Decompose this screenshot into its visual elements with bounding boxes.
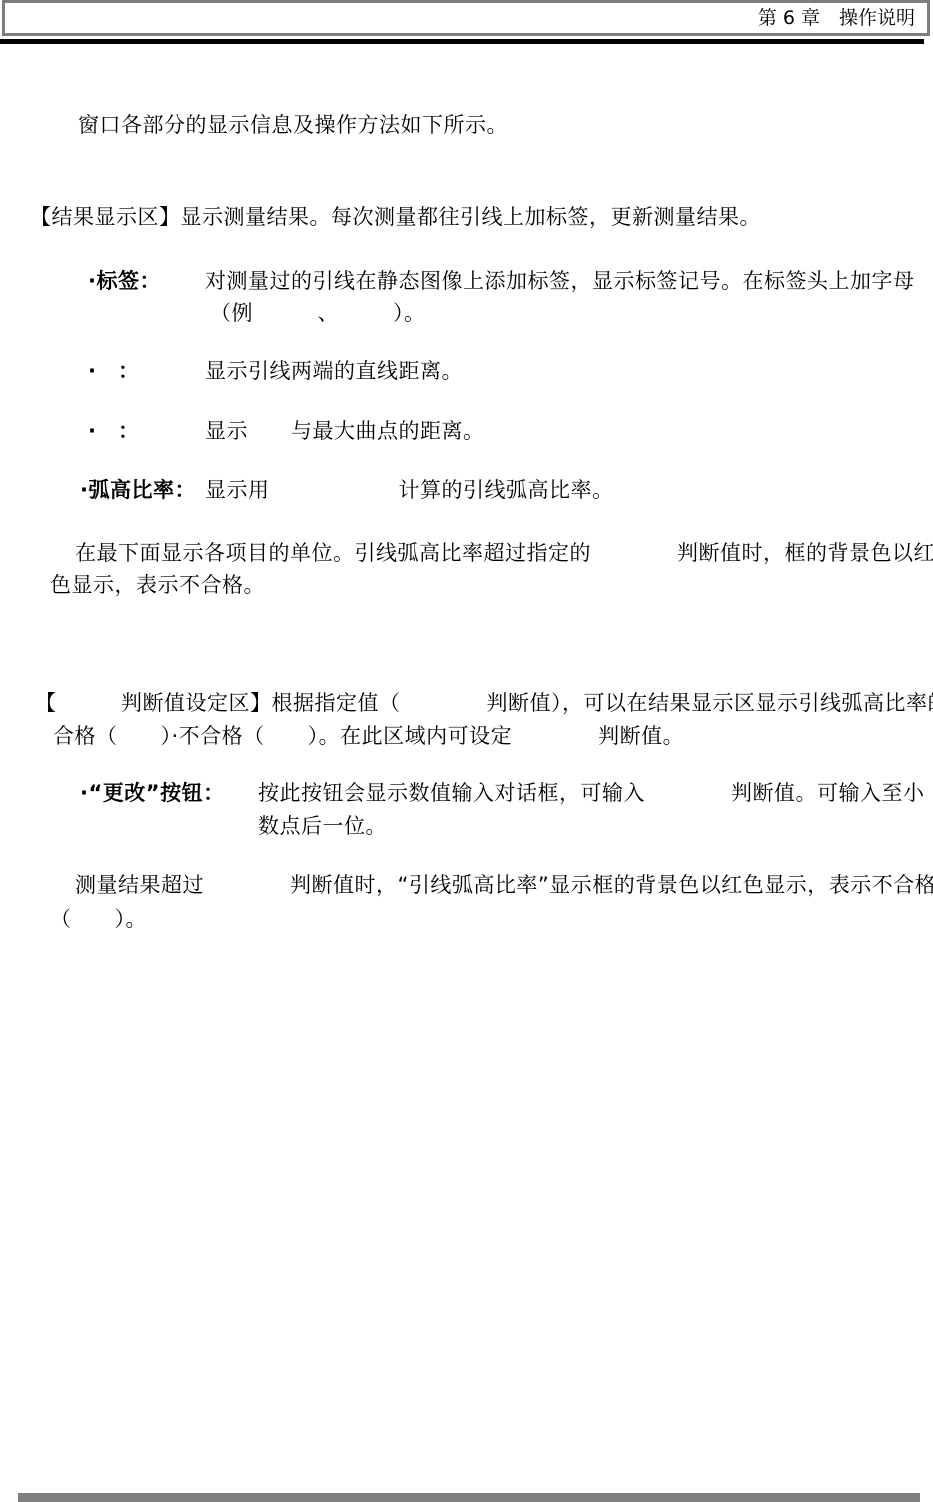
result-note-line2: 色显示，表示不合格。 [50, 572, 265, 598]
bullet-tag-desc-line2: （例 、 ）。 [210, 300, 426, 326]
bullet-curvepoint-label: · ： [88, 418, 139, 444]
header-divider-rule [0, 39, 924, 44]
bullet-distance-desc: 显示引线两端的直线距离。 [205, 358, 463, 384]
bullet-change-button-desc-line2: 数点后一位。 [258, 813, 387, 839]
judge-section-heading-line2: 合格（ ）·不合格（ ）。在此区域内可设定 判断值。 [53, 723, 684, 749]
intro-paragraph: 窗口各部分的显示信息及操作方法如下所示。 [78, 112, 508, 138]
bullet-curvepoint-desc: 显示 与最大曲点的距离。 [205, 418, 485, 444]
judge-section-heading-line1: 【 判断值设定区】根据指定值（ 判断值），可以在结果显示区显示引线弧高比率的 [35, 690, 933, 716]
footer-bar [18, 1493, 920, 1502]
judge-note-line1: 测量结果超过 判断值时，“引线弧高比率”显示框的背景色以红色显示，表示不合格 [75, 872, 933, 898]
result-section-heading: 【结果显示区】显示测量结果。每次测量都往引线上加标签，更新测量结果。 [30, 204, 761, 230]
bullet-tag-desc-line1: 对测量过的引线在静态图像上添加标签，显示标签记号。在标签头上加字母 [205, 268, 915, 294]
manual-page: 第 6 章 操作说明 窗口各部分的显示信息及操作方法如下所示。 【结果显示区】显… [0, 0, 933, 1502]
chapter-title: 第 6 章 操作说明 [758, 7, 915, 29]
bullet-change-button-label: ·“更改”按钮： [80, 780, 225, 806]
bullet-distance-label: · ： [88, 358, 139, 384]
judge-note-line2: （ ）。 [50, 906, 147, 932]
result-note-line1: 在最下面显示各项目的单位。引线弧高比率超过指定的 判断值时，框的背景色以红 [75, 540, 933, 566]
bullet-archeight-desc: 显示用 计算的引线弧高比率。 [205, 477, 614, 503]
bullet-archeight-label: ·弧高比率： [80, 477, 196, 503]
bullet-tag-label: ·标签： [88, 268, 161, 294]
page-header: 第 6 章 操作说明 [2, 0, 930, 36]
bullet-change-button-desc-line1: 按此按钮会显示数值输入对话框，可输入 判断值。可输入至小 [258, 780, 925, 806]
